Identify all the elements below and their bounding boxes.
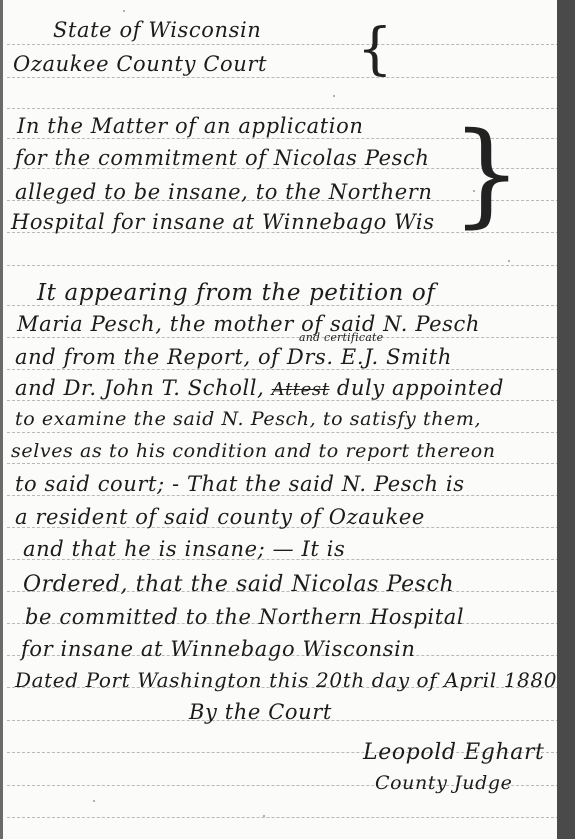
- body-line-5: to examine the said N. Pesch, to satisfy…: [15, 408, 481, 430]
- body-line-12: for insane at Winnebago Wisconsin: [21, 637, 416, 661]
- body-line-11: be committed to the Northern Hospital: [25, 605, 464, 629]
- matter-line-3: alleged to be insane, to the Northern: [15, 180, 433, 204]
- ruled-line: [7, 432, 559, 433]
- interlinear-insert: and certificate: [299, 331, 383, 344]
- matter-line-2: for the commitment of Nicolas Pesch: [15, 146, 430, 170]
- body-line-1: It appearing from the petition of: [37, 280, 435, 306]
- matter-line-1: In the Matter of an application: [17, 114, 363, 138]
- scan-edge: [557, 0, 575, 839]
- ruled-line: [7, 337, 559, 338]
- ruled-line: [7, 400, 559, 401]
- judge-signature: Leopold Eghart: [363, 740, 545, 765]
- matter-line-4: Hospital for insane at Winnebago Wis: [11, 210, 435, 234]
- body-line-4-part1: and Dr. John T. Scholl,: [15, 376, 264, 400]
- body-line-4: and Dr. John T. Scholl, Attest duly appo…: [15, 376, 504, 400]
- caption-state: State of Wisconsin: [53, 18, 261, 42]
- body-line-3: and from the Report, of Drs. E.J. Smith: [15, 345, 452, 369]
- body-line-10: Ordered, that the said Nicolas Pesch: [23, 572, 454, 597]
- ruled-line: [7, 463, 559, 464]
- ruled-line: [7, 817, 559, 818]
- ruled-line: [7, 44, 559, 45]
- body-line-7: to said court; - That the said N. Pesch …: [15, 472, 465, 496]
- ruled-line: [7, 369, 559, 370]
- body-line-8: a resident of said county of Ozaukee: [15, 505, 425, 529]
- body-line-13: Dated Port Washington this 20th day of A…: [15, 668, 557, 692]
- judge-title: County Judge: [375, 772, 512, 794]
- matter-brace: {: [451, 118, 522, 230]
- body-line-6: selves as to his condition and to report…: [11, 440, 496, 462]
- caption-court: Ozaukee County Court: [13, 52, 267, 76]
- ruled-line: [7, 77, 559, 78]
- body-line-2: Maria Pesch, the mother of said N. Pesch: [17, 312, 480, 336]
- by-the-court: By the Court: [189, 700, 332, 724]
- body-line-4-part2: duly appointed: [337, 376, 504, 400]
- struck-word: Attest: [272, 379, 330, 400]
- ruled-line: [7, 265, 559, 266]
- document-page: State of Wisconsin Ozaukee County Court …: [0, 0, 563, 839]
- body-line-9: and that he is insane; — It is: [23, 537, 345, 561]
- caption-brace: {: [357, 22, 393, 78]
